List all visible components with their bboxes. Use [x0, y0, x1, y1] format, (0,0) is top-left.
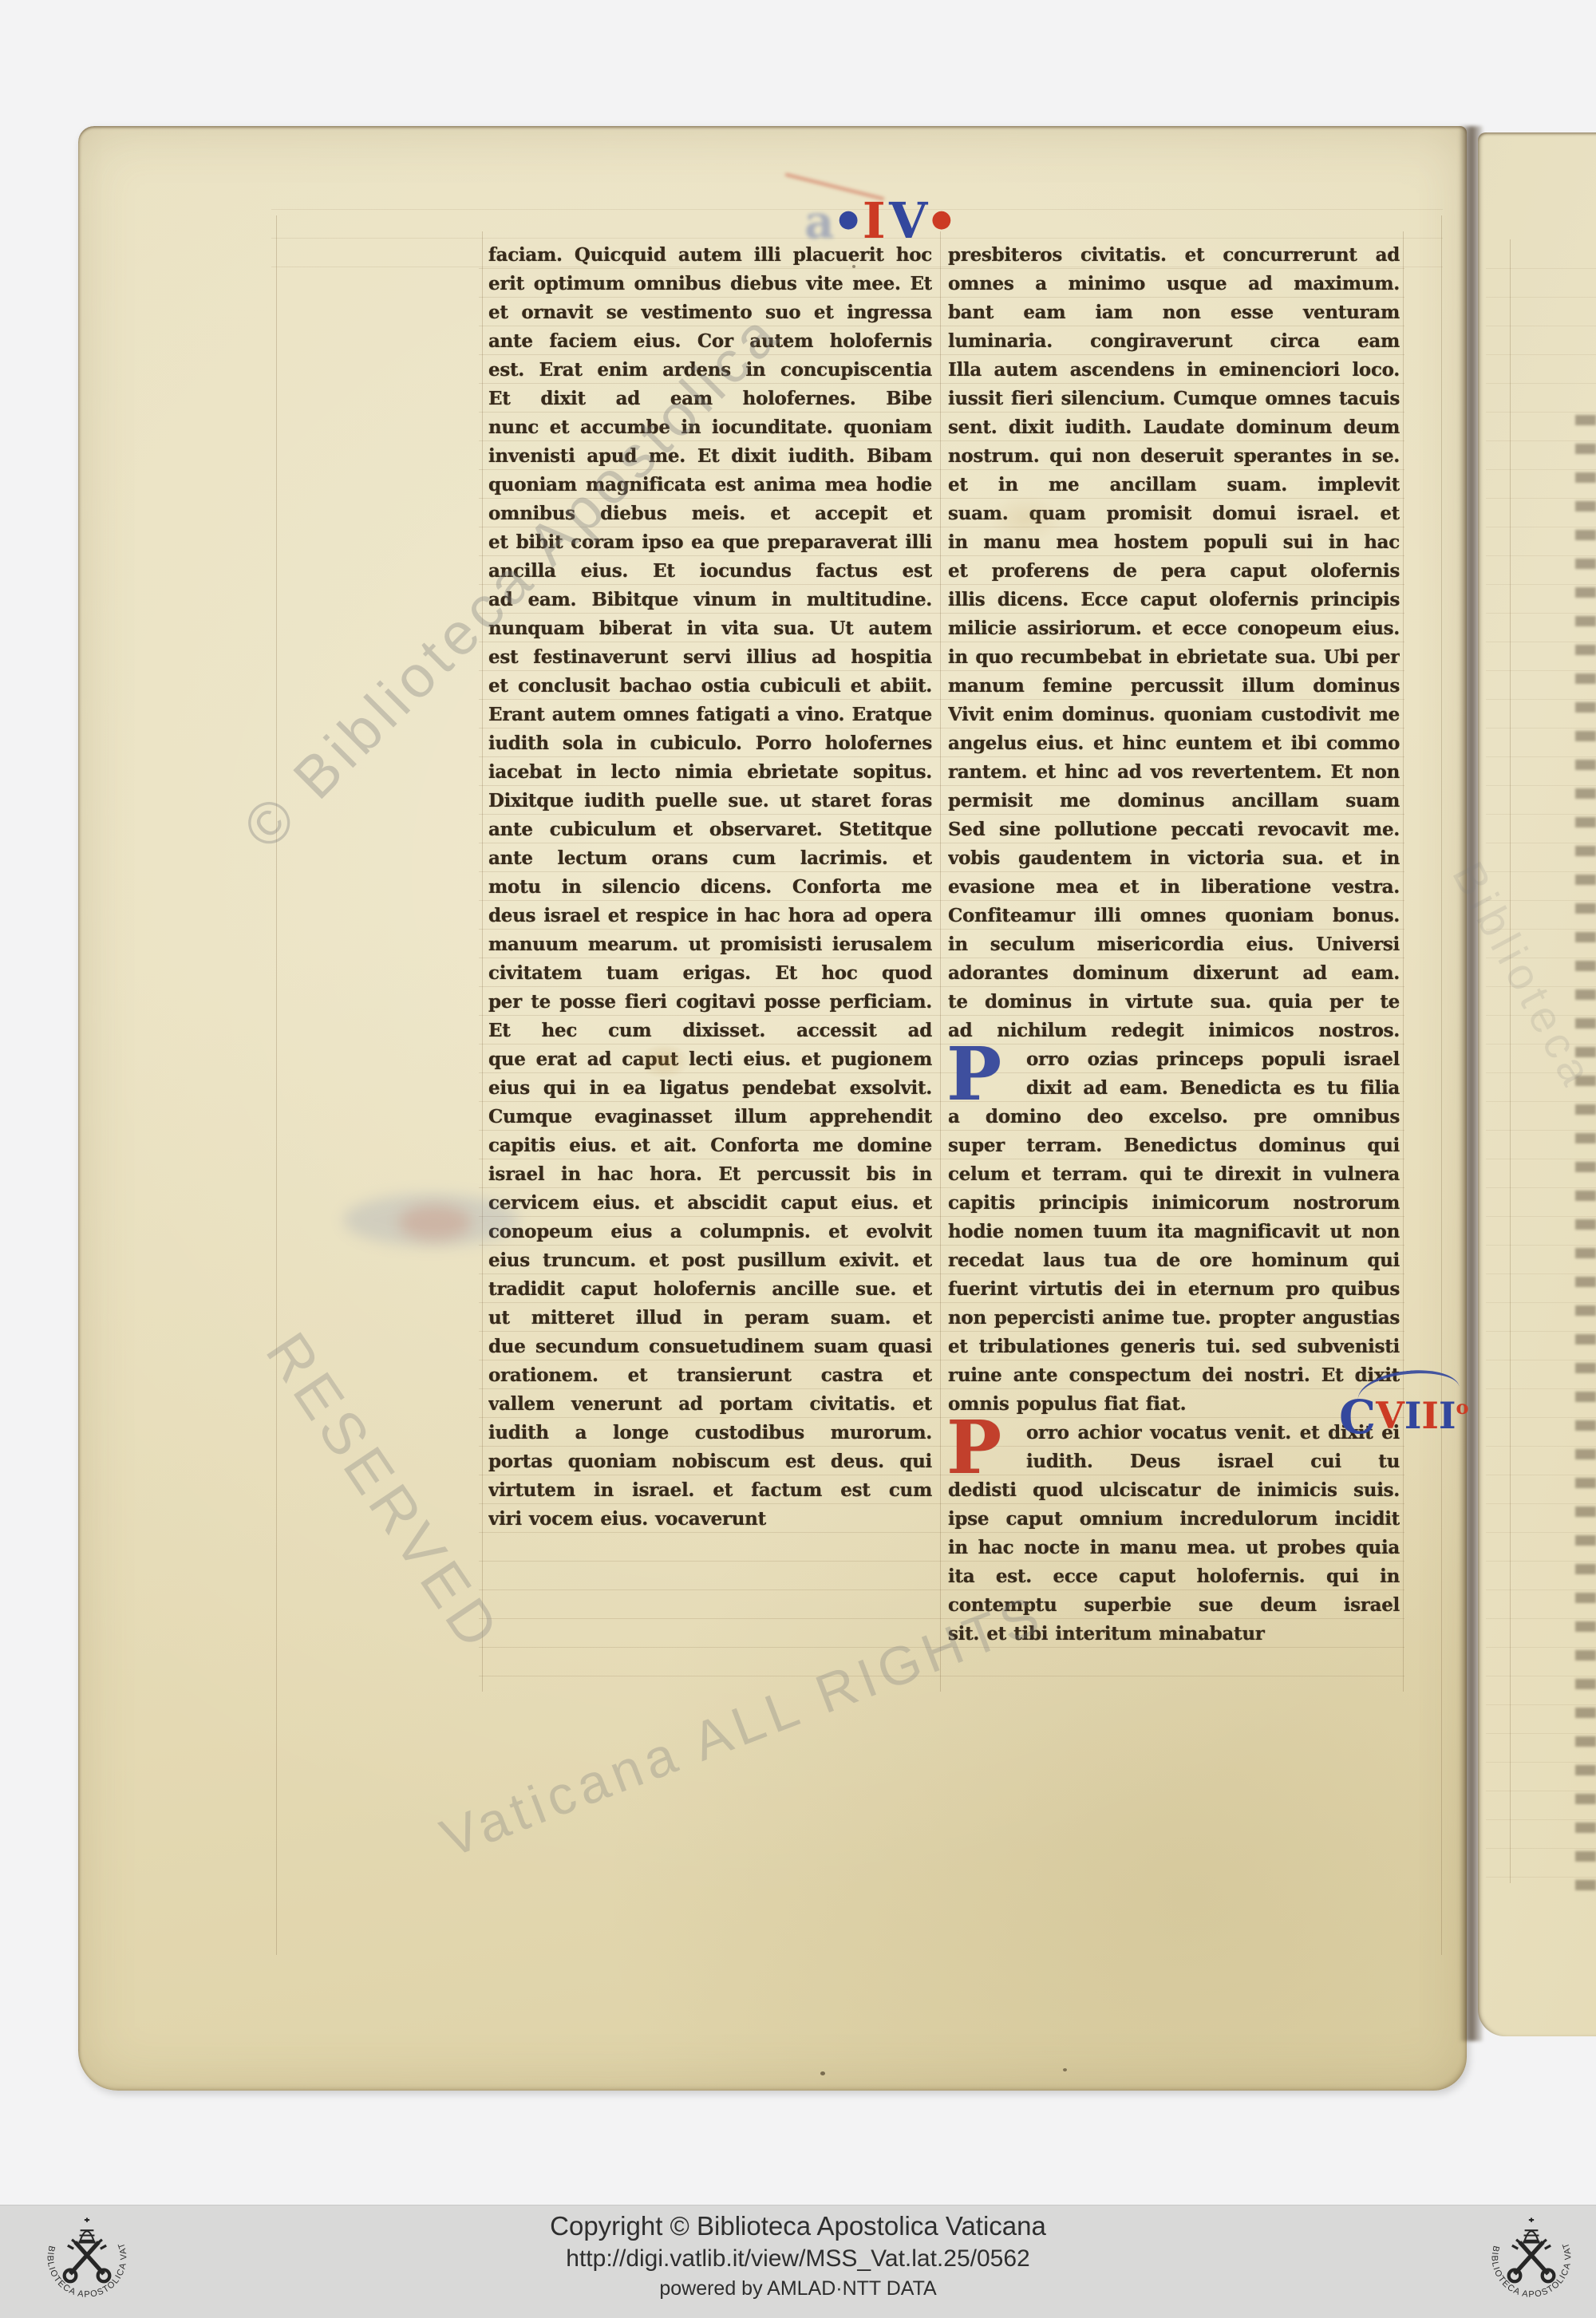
manuscript-line: Illa autem ascendens in eminenciori loco…	[948, 356, 1400, 385]
manuscript-line: a domino deo excelso. pre omnibus mulier…	[948, 1103, 1400, 1131]
manuscript-line: hodie nomen tuum ita magnificavit ut non	[948, 1218, 1400, 1246]
manuscript-line: evasione mea et in liberatione vestra.	[948, 873, 1400, 902]
manuscript-line: non pepercisti anime tue. propter angust…	[948, 1304, 1400, 1333]
crossed-keys-icon	[65, 2240, 110, 2282]
manuscript-line: que erat ad caput lecti eius. et pugione…	[488, 1045, 932, 1074]
initial-porro-ozias: P	[946, 1037, 1001, 1111]
parchment-stain	[990, 495, 1061, 543]
chapter-marker-letter: I	[1439, 1394, 1456, 1437]
text-column-right: presbiteros civitatis. et concurrerunt a…	[948, 241, 1400, 1649]
ghost-chapter-marker-red	[399, 1205, 471, 1240]
manuscript-line: cervicem eius. et abscidit caput eius. e…	[488, 1189, 932, 1218]
manuscript-line: iudith. Deus israel cui tu testimonium	[948, 1447, 1400, 1476]
manuscript-line: orro ozias princeps populi israel	[948, 1045, 1400, 1074]
manuscript-scan-viewer: a ● I V ● faciam. Quicquid autem illi pl…	[0, 0, 1596, 2318]
manuscript-line: capitis principis inimicorum nostrorum q…	[948, 1189, 1400, 1218]
vatican-library-emblem-right: BIBLIOTECA APOSTOLICA VATICANA	[1481, 2210, 1582, 2311]
manuscript-line: nunquam biberat in vita sua. Ut autem se…	[488, 614, 932, 643]
manuscript-line: luminaria. congiraverunt circa eam unive…	[948, 327, 1400, 356]
manuscript-line: milicie assiriorum. et ecce conopeum eiu…	[948, 614, 1400, 643]
footer-copyright: Copyright © Biblioteca Apostolica Vatica…	[0, 2209, 1596, 2243]
manuscript-line: eius qui in ea ligatus pendebat exsolvit…	[488, 1074, 932, 1103]
manuscript-line: omnis populus fiat fiat.	[948, 1390, 1400, 1419]
manuscript-line: omnes a minimo usque ad maximum. quoniam…	[948, 270, 1400, 298]
manuscript-line: celum et terram. qui te direxit in vulne…	[948, 1160, 1400, 1189]
manuscript-line: orro achior vocatus venit. et dixit ei	[948, 1419, 1400, 1447]
manuscript-line: Confiteamur illi omnes quoniam bonus. qu…	[948, 902, 1400, 930]
manuscript-line: iussit fieri silencium. Cumque omnes tac…	[948, 385, 1400, 413]
chapter-marker-letter: C	[1339, 1390, 1376, 1444]
manuscript-line: ruine ante conspectum dei nostri. Et dix…	[948, 1361, 1400, 1390]
text-column-left: faciam. Quicquid autem illi placuerit ho…	[488, 241, 932, 1534]
manuscript-line: orationem. et transierunt castra et gira…	[488, 1361, 932, 1390]
manuscript-line: ante cubiculum et observaret. Stetitque …	[488, 815, 932, 844]
chapter-marker-letter: I	[1421, 1394, 1439, 1437]
manuscript-line: civitatem tuam erigas. Et hoc quod crede…	[488, 959, 932, 988]
manuscript-line: manuum mearum. ut promisisti ierusalem	[488, 930, 932, 959]
manuscript-line: ante lectum orans cum lacrimis. et labio…	[488, 844, 932, 873]
manuscript-line: permisit me dominus ancillam suam coinqu…	[948, 787, 1400, 815]
manuscript-line: israel in hac hora. Et percussit bis in	[488, 1160, 932, 1189]
manuscript-line: te dominus in virtute sua. quia per te	[948, 988, 1400, 1017]
manuscript-line: capitis eius. et ait. Conforta me domine…	[488, 1131, 932, 1160]
manuscript-line: nostrum. qui non deseruit sperantes in s…	[948, 442, 1400, 471]
footer-bar: Copyright © Biblioteca Apostolica Vatica…	[0, 2205, 1596, 2318]
papal-tiara-icon	[79, 2217, 96, 2241]
manuscript-line: erit optimum omnibus diebus vite mee. Et…	[488, 270, 932, 298]
manuscript-line: Et hec cum dixisset. accessit ad columpn…	[488, 1017, 932, 1045]
manuscript-line: bant eam iam non esse venturam accendent…	[948, 298, 1400, 327]
manuscript-line: Dixitque iudith puelle sue. ut staret fo…	[488, 787, 932, 815]
manuscript-line: iudith a longe custodibus murorum. Aperi…	[488, 1419, 932, 1447]
chapter-marker-letter: V	[1376, 1394, 1404, 1437]
margin-rule-right	[1441, 215, 1442, 1955]
numeral-dot-left: ●	[838, 205, 859, 233]
chapter-marker-letter: o	[1456, 1396, 1468, 1419]
manuscript-line: ipse caput omnium incredulorum incidit	[948, 1505, 1400, 1534]
manuscript-line: et conclusit bachao ostia cubiculi et ab…	[488, 672, 932, 701]
manuscript-line: ad eam. Bibitque vinum in multitudine. q…	[488, 586, 932, 614]
dust-speck	[852, 265, 855, 268]
manuscript-line: Erant autem omnes fatigati a vino. Eratq…	[488, 701, 932, 729]
chapter-marker-letter: I	[1404, 1394, 1422, 1437]
manuscript-line: tradidit caput holofernis ancille sue. e…	[488, 1275, 932, 1304]
margin-rule-left	[276, 215, 277, 1955]
manuscript-line: super terram. Benedictus dominus qui cre…	[948, 1131, 1400, 1160]
manuscript-line: in seculum misericordia eius. Universi a…	[948, 930, 1400, 959]
manuscript-line: recedat laus tua de ore hominum qui memo…	[948, 1246, 1400, 1275]
manuscript-line: dixit ad eam. Benedicta es tu filia	[948, 1074, 1400, 1103]
dust-speck	[1063, 2068, 1067, 2071]
manuscript-line: angelus eius. et hinc euntem et ibi comm…	[948, 729, 1400, 758]
column-rule-left	[482, 231, 483, 1692]
manuscript-line: per te posse fieri cogitavi posse perfic…	[488, 988, 932, 1017]
manuscript-line: et proferens de pera caput olofernis ost…	[948, 557, 1400, 586]
manuscript-line: deus israel et respice in hac hora ad op…	[488, 902, 932, 930]
manuscript-line: dedisti quod ulciscatur de inimicis suis…	[948, 1476, 1400, 1505]
column-rule-right	[1403, 231, 1404, 1692]
numeral-dot-right: ●	[931, 205, 952, 233]
facing-page-rule	[1510, 239, 1511, 1883]
manuscript-line: ut mitteret illud in peram suam. et exie…	[488, 1304, 932, 1333]
svg-text:BIBLIOTECA APOSTOLICA VATICANA: BIBLIOTECA APOSTOLICA VATICANA	[1481, 2210, 1573, 2300]
manuscript-line: viri vocem eius. vocaverunt	[488, 1505, 932, 1534]
manuscript-line: ad nichilum redegit inimicos nostros.	[948, 1017, 1400, 1045]
manuscript-line: sent. dixit iudith. Laudate dominum deum	[948, 413, 1400, 442]
footer-text-block: Copyright © Biblioteca Apostolica Vatica…	[0, 2209, 1596, 2302]
manuscript-line: Vivit enim dominus. quoniam custodivit m…	[948, 701, 1400, 729]
manuscript-line: et tribulationes generis tui. sed subven…	[948, 1333, 1400, 1361]
manuscript-line: adorantes dominum dixerunt ad eam. Bened…	[948, 959, 1400, 988]
manuscript-line: manum femine percussit illum dominus deu…	[948, 672, 1400, 701]
chapter-marker-numeral: CVIIIo	[1339, 1390, 1468, 1444]
manuscript-line: ita est. ecce caput holofernis. qui in	[948, 1562, 1400, 1591]
manuscript-line: faciam. Quicquid autem illi placuerit ho…	[488, 241, 932, 270]
manuscript-line: invenisti apud me. Et dixit iudith. Biba…	[488, 442, 932, 471]
manuscript-line: virtutem in israel. et factum est cum au…	[488, 1476, 932, 1505]
initial-porro-achior: P	[946, 1411, 1001, 1484]
column-rule-center	[940, 231, 941, 1692]
manuscript-line: conopeum eius a columpnis. et evolvit co…	[488, 1218, 932, 1246]
parchment-stain	[638, 1044, 689, 1079]
manuscript-line: in quo recumbebat in ebrietate sua. Ubi …	[948, 643, 1400, 672]
manuscript-line: in hac nocte in manu mea. ut probes quia	[948, 1534, 1400, 1562]
manuscript-line: illis dicens. Ecce caput olofernis princ…	[948, 586, 1400, 614]
manuscript-line: eius truncum. et post pusillum exivit. e…	[488, 1246, 932, 1275]
footer-url: http://digi.vatlib.it/view/MSS_Vat.lat.2…	[0, 2243, 1596, 2275]
vatican-library-emblem-left: BIBLIOTECA APOSTOLICA VATICANA	[37, 2210, 137, 2311]
manuscript-line: vallem venerunt ad portam civitatis. et …	[488, 1390, 932, 1419]
manuscript-line: Sed sine pollutione peccati revocavit me…	[948, 815, 1400, 844]
manuscript-line: rantem. et hinc ad vos revertentem. Et n…	[948, 758, 1400, 787]
manuscript-line: est festinaverunt servi illius ad hospit…	[488, 643, 932, 672]
manuscript-line: portas quoniam nobiscum est deus. qui fe…	[488, 1447, 932, 1476]
svg-text:BIBLIOTECA APOSTOLICA VATICANA: BIBLIOTECA APOSTOLICA VATICANA	[37, 2210, 128, 2300]
footer-powered-by: powered by AMLAD·NTT DATA	[0, 2275, 1596, 2302]
manuscript-line: Cumque evaginasset illum apprehendit com…	[488, 1103, 932, 1131]
manuscript-line: fuerint virtutis dei in eternum pro quib…	[948, 1275, 1400, 1304]
dust-speck	[820, 2071, 825, 2075]
manuscript-line: et ornavit se vestimento suo et ingressa…	[488, 298, 932, 327]
manuscript-line: vobis gaudentem in victoria sua. et in	[948, 844, 1400, 873]
manuscript-line: iacebat in lecto nimia ebrietate sopitus…	[488, 758, 932, 787]
manuscript-line: motu in silencio dicens. Conforta me dom…	[488, 873, 932, 902]
manuscript-line: due secundum consuetudinem suam quasi ad	[488, 1333, 932, 1361]
manuscript-line: presbiteros civitatis. et concurrerunt a…	[948, 241, 1400, 270]
manuscript-line: iudith sola in cubiculo. Porro holoferne…	[488, 729, 932, 758]
